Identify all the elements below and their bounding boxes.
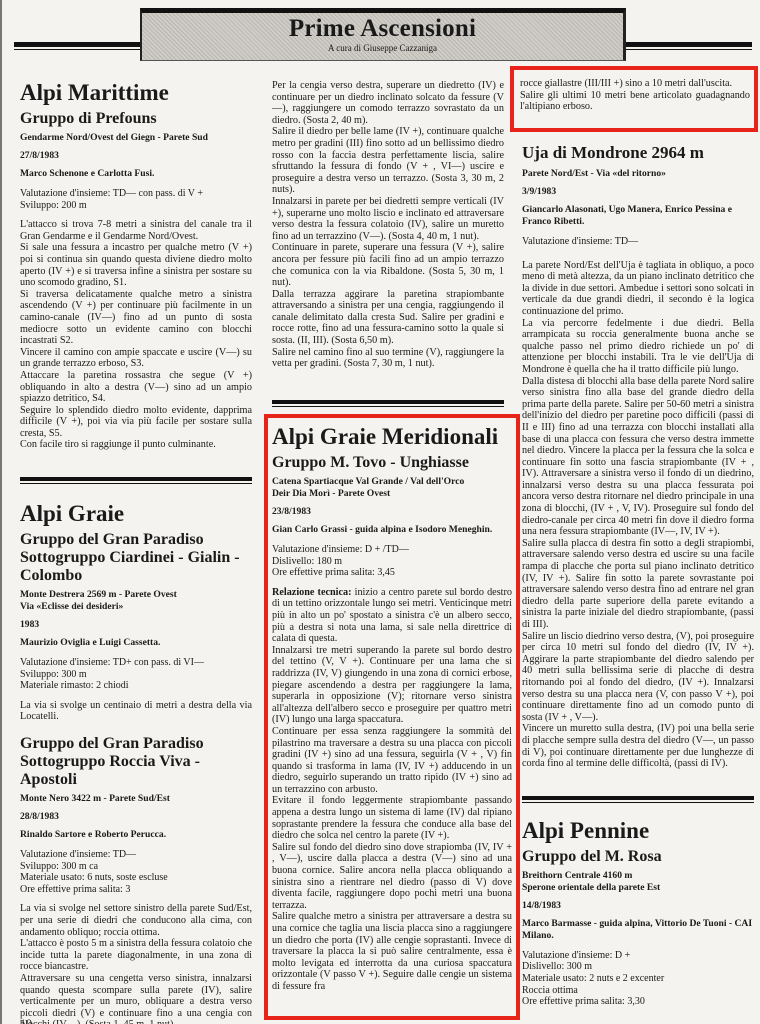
paragraph: Si traversa delicatamente qualche metro …	[20, 289, 252, 347]
climbers: Giancarlo Alasonati, Ugo Manera, Enrico …	[522, 204, 754, 228]
paragraph: Salire il diedro per belle lame (IV +), …	[272, 126, 504, 196]
paragraph: Si sale una fessura a incastro per qualc…	[20, 242, 252, 288]
header-banner: Prime Ascensioni A cura di Giuseppe Cazz…	[140, 8, 626, 61]
meta-line: Valutazione d'insieme: TD+ con pass. di …	[20, 657, 252, 669]
paragraph: Vincere un muretto sulla destra, (IV) po…	[522, 723, 754, 769]
paragraph: La via si svolge un centinaio di metri a…	[20, 700, 252, 723]
paragraph: Innalzarsi in parete per bei diedretti s…	[272, 196, 504, 242]
climbers: Gian Carlo Grassi - guida alpina e Isodo…	[272, 524, 512, 536]
paragraph: Seguire lo splendido diedro molto eviden…	[20, 405, 252, 440]
peak-heading: Monte Destrera 2569 m - Parete Ovest	[20, 589, 252, 601]
meta-line: Ore effettive prima salita: 3,45	[272, 567, 512, 579]
meta-line: Sviluppo: 200 m	[20, 200, 252, 212]
paragraph: Continuare per essa senza raggiungere la…	[272, 726, 512, 796]
peak-subheading: Deir Dia Morì - Parete Ovest	[272, 488, 512, 500]
paragraph: Innalzarsi tre metri superando la parete…	[272, 645, 512, 726]
paragraph: Attaccare la paretina rossastra che segu…	[20, 370, 252, 405]
paragraph: Salire nel camino fino al suo termine (V…	[272, 347, 504, 370]
meta-line: Ore effettive prima salita: 3,30	[522, 996, 754, 1008]
paragraph: L'attacco è posto 5 m a sinistra della f…	[20, 938, 252, 973]
meta-line: Materiale usato: 2 nuts e 2 excenter	[522, 973, 754, 985]
header-rule-left	[14, 42, 142, 47]
meta-line: Valutazione d'insieme: TD—	[522, 236, 754, 248]
meta-line: Valutazione d'insieme: D +	[522, 950, 754, 962]
date: 14/8/1983	[522, 900, 754, 912]
date: 1983	[20, 619, 252, 631]
group-heading: Gruppo M. Tovo - Unghiasse	[272, 454, 512, 472]
paragraph: Continuare in parete, superare una fessu…	[272, 242, 504, 288]
peak-heading: Catena Spartiacque Val Grande / Val dell…	[272, 476, 512, 488]
meta-line: Valutazione d'insieme: D + /TD—	[272, 544, 512, 556]
climbers: Marco Barmasse - guida alpina, Vittorio …	[522, 918, 754, 942]
paragraph: Relazione tecnica: inizio a centro paret…	[272, 587, 512, 645]
section-alpi-graie-meridionali: Alpi Graie Meridionali Gruppo M. Tovo - …	[272, 424, 512, 993]
paragraph: Con facile tiro si raggiunge il punto cu…	[20, 439, 252, 451]
meta-line: Sviluppo: 300 m	[20, 669, 252, 681]
paragraph: Salire sulla placca di destra fin sotto …	[522, 538, 754, 631]
region-heading: Alpi Graie	[20, 501, 252, 527]
group-heading: Gruppo del Gran Paradiso Sottogruppo Cia…	[20, 531, 252, 585]
paragraph: La via si svolge nel settore sinistro de…	[20, 903, 252, 938]
magazine-page: Prime Ascensioni A cura di Giuseppe Cazz…	[0, 0, 760, 1024]
paragraph: Vincere il camino con ampie spaccate e u…	[20, 347, 252, 370]
region-heading: Alpi Graie Meridionali	[272, 424, 512, 450]
region-heading: Alpi Marittime	[20, 80, 252, 106]
paragraph: Salire gli ultimi 10 metri bene articola…	[520, 90, 750, 113]
header-rule-left-thin	[14, 49, 142, 50]
meta-line: Materiale rimasto: 2 chiodi	[20, 680, 252, 692]
date: 3/9/1983	[522, 186, 754, 198]
route-name: Via «Eclisse dei desideri»	[20, 601, 252, 613]
header-rule-right	[624, 42, 752, 47]
date: 28/8/1983	[20, 811, 252, 823]
paragraph: La via percorre fedelmente i due diedri.…	[522, 318, 754, 376]
peak-heading: Breithorn Centrale 4160 m	[522, 870, 754, 882]
page-number: 10	[20, 1016, 32, 1024]
column-left: Alpi Marittime Gruppo di Prefouns Gendar…	[20, 80, 252, 1024]
column-right: Uja di Mondrone 2964 m Parete Nord/Est -…	[522, 144, 754, 1008]
paragraph: Salire sul fondo del diedro sino dove st…	[272, 842, 512, 912]
group-heading: Gruppo del M. Rosa	[522, 848, 754, 866]
meta-line: Dislivello: 180 m	[272, 556, 512, 568]
date: 23/8/1983	[272, 506, 512, 518]
paragraph: L'attacco si trova 7-8 metri a sinistra …	[20, 219, 252, 242]
meta-line: Ore effettive prima salita: 3	[20, 884, 252, 896]
paragraph: Evitare il fondo leggermente strapiomban…	[272, 795, 512, 841]
peak-subheading: Sperone orientale della parete Est	[522, 882, 754, 894]
climbers: Rinaldo Sartore e Roberto Perucca.	[20, 829, 252, 841]
page-subtitle: A cura di Giuseppe Cazzaniga	[142, 43, 623, 53]
meta-line: Valutazione d'insieme: TD—	[20, 849, 252, 861]
peak-heading: Parete Nord/Est - Via «del ritorno»	[522, 168, 754, 180]
region-heading: Alpi Pennine	[522, 818, 754, 844]
paragraph: Attraversare su una cengetta verso sinis…	[20, 973, 252, 1024]
date: 27/8/1983	[20, 150, 252, 162]
paragraph: Per la cengia verso destra, superare un …	[272, 80, 504, 126]
section-divider	[20, 477, 252, 481]
paragraph: Salire qualche metro a sinistra per attr…	[272, 911, 512, 992]
meta-line: Sviluppo: 300 m ca	[20, 861, 252, 873]
paragraph: rocce giallastre (III/III +) sino a 10 m…	[520, 78, 750, 90]
paragraph: La parete Nord/Est dell'Uja è tagliata i…	[522, 260, 754, 318]
column-middle: Per la cengia verso destra, superare un …	[272, 80, 504, 404]
group-heading: Gruppo del Gran Paradiso Sottogruppo Roc…	[20, 735, 252, 789]
meta-line: Materiale usato: 6 nuts, soste escluse	[20, 872, 252, 884]
header-rule-right-thin	[624, 49, 752, 50]
climbers: Maurizio Oviglia e Luigi Cassetta.	[20, 637, 252, 649]
meta-line: Dislivello: 300 m	[522, 961, 754, 973]
column-right-continuation: rocce giallastre (III/III +) sino a 10 m…	[520, 78, 750, 113]
technical-report-label: Relazione tecnica:	[272, 587, 352, 598]
paragraph: Dalla terrazza aggirare la paretina stra…	[272, 289, 504, 347]
peak-heading: Monte Nero 3422 m - Parete Sud/Est	[20, 793, 252, 805]
climbers: Marco Schenone e Carlotta Fusi.	[20, 168, 252, 180]
paragraph: Salire un liscio diedrino verso destra, …	[522, 631, 754, 724]
page-title: Prime Ascensioni	[142, 15, 623, 43]
meta-line: Roccia ottima	[522, 985, 754, 997]
group-heading: Gruppo di Prefouns	[20, 110, 252, 128]
section-divider	[522, 796, 754, 800]
meta-line: Valutazione d'insieme: TD— con pass. di …	[20, 188, 252, 200]
section-divider	[272, 400, 504, 404]
peak-heading: Gendarme Nord/Ovest del Giegn - Parete S…	[20, 132, 252, 144]
peak-title: Uja di Mondrone 2964 m	[522, 144, 754, 162]
paragraph: Dalla distesa di blocchi alla base della…	[522, 376, 754, 538]
